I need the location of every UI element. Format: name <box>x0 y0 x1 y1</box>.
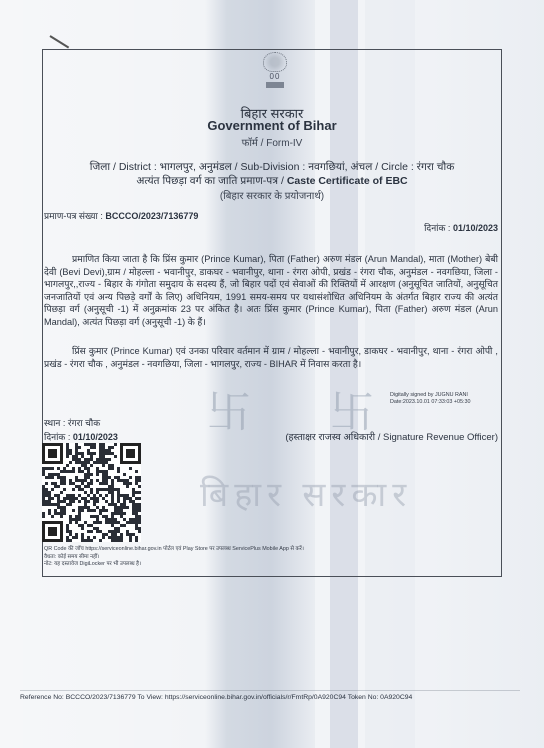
place-label: स्थान : <box>44 418 65 428</box>
emblem-digits: 00 <box>258 72 292 81</box>
certificate-number-label: प्रमाण-पत्र संख्या : <box>44 211 103 221</box>
certificate-title-english: Caste Certificate of EBC <box>287 175 408 187</box>
scan-mark <box>49 35 69 48</box>
place-date-value: 01/10/2023 <box>73 432 118 442</box>
signed-by: Digitally signed by JUGNU RANI <box>390 392 470 399</box>
issue-date-value: 01/10/2023 <box>453 223 498 233</box>
note-qr: QR Code की जाँच https://serviceonline.bi… <box>44 546 304 554</box>
footer-reference: Reference No: BCCCO/2023/7136779 To View… <box>20 694 412 701</box>
district-label: जिला / District : <box>90 161 157 173</box>
location-line: जिला / District : भागलपुर, अनुमंडल / Sub… <box>42 160 502 174</box>
certificate-title: अत्यंत पिछड़ा वर्ग का जाति प्रमाण-पत्र /… <box>42 174 502 188</box>
watermark-text: बिहार सरकार <box>200 470 412 516</box>
qr-code-icon <box>42 443 141 542</box>
signature-date: Date:2023.10.01 07:33:03 +05:30 <box>390 399 470 406</box>
residence-paragraph: प्रिंस कुमार (Prince Kumar) एवं उनका परि… <box>44 345 498 370</box>
district-value: भागलपुर, <box>160 161 196 173</box>
verification-notes: QR Code की जाँच https://serviceonline.bi… <box>44 546 304 569</box>
certificate-number-value: BCCCO/2023/7136779 <box>105 211 198 221</box>
issue-date-label: दिनांक : <box>424 223 450 233</box>
place-date-label: दिनांक : <box>44 432 70 442</box>
swastika-watermark-icon: 卐 <box>207 376 251 440</box>
issue-date: दिनांक : 01/10/2023 <box>424 221 498 234</box>
note-validity: वैधता: कोई समय सीमा नहीं। <box>44 554 304 562</box>
place-date: दिनांक : 01/10/2023 <box>44 430 118 443</box>
emblem-plaque <box>266 82 284 88</box>
signatory-title: (हस्ताक्षर राजस्व अधिकारी / Signature Re… <box>285 430 498 443</box>
subdivision-value: नवगछियां, <box>308 161 347 173</box>
verification-qr-code[interactable] <box>42 443 141 542</box>
form-label: फॉर्म / Form-IV <box>42 135 502 149</box>
certificate-title-hindi: अत्यंत पिछड़ा वर्ग का जाति प्रमाण-पत्र / <box>136 175 284 187</box>
digital-signature: Digitally signed by JUGNU RANI Date:2023… <box>390 392 470 406</box>
certificate-number: प्रमाण-पत्र संख्या : BCCCO/2023/7136779 <box>44 209 198 222</box>
subdivision-label: अनुमंडल / Sub-Division : <box>199 161 305 173</box>
place-value: रंगरा चौक <box>68 418 100 428</box>
bodhi-tree-icon <box>263 52 287 72</box>
english-title: Government of Bihar <box>42 118 502 133</box>
circle-label: अंचल / Circle : <box>351 161 414 173</box>
bihar-emblem-icon: 00 <box>255 52 295 88</box>
purpose: (बिहार सरकार के प्रयोजनार्थ) <box>42 188 502 202</box>
note-digilocker: नोट: यह दस्तावेज DigiLocker पर भी उपलब्ध… <box>44 561 304 569</box>
circle-value: रंगरा चौक <box>417 161 455 173</box>
certification-paragraph: प्रमाणित किया जाता है कि प्रिंस कुमार (P… <box>44 253 498 329</box>
footer-divider <box>20 690 520 691</box>
place: स्थान : रंगरा चौक <box>44 416 100 429</box>
